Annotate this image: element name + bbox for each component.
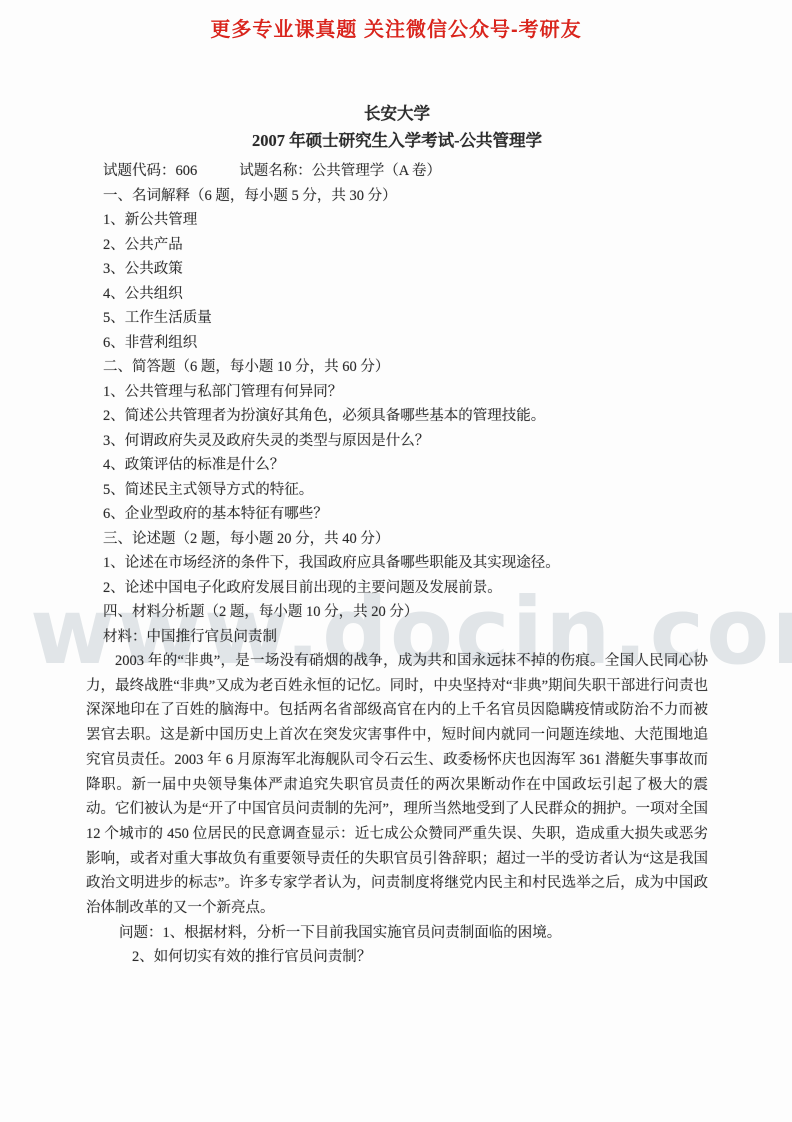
section2-item: 6、企业型政府的基本特征有哪些？ <box>86 502 708 527</box>
material-paragraph: 2003 年的“非典”，是一场没有硝烟的战争，成为共和国永远抹不掉的伤痕。全国人… <box>86 649 708 921</box>
section1-item: 5、工作生活质量 <box>86 306 708 331</box>
paper-name: 试题名称：公共管理学（A 卷） <box>239 163 441 179</box>
section3-item: 1、论述在市场经济的条件下，我国政府应具备哪些职能及其实现途径。 <box>86 551 708 576</box>
section1-item: 1、新公共管理 <box>86 208 708 233</box>
exam-title: 2007 年硕士研究生入学考试-公共管理学 <box>86 127 708 154</box>
section1-item: 4、公共组织 <box>86 282 708 307</box>
section1-item: 3、公共政策 <box>86 257 708 282</box>
material-question-1: 问题：1、根据材料，分析一下目前我国实施官员问责制面临的困境。 <box>86 921 708 946</box>
section2-heading: 二、简答题（6 题，每小题 10 分，共 60 分） <box>86 355 708 380</box>
exam-paper-page: 更多专业课真题 关注微信公众号-考研友 www.docin.com 长安大学 2… <box>0 0 792 1122</box>
section1-heading: 一、名词解释（6 题，每小题 5 分，共 30 分） <box>86 184 708 209</box>
paper-code: 试题代码：606 <box>103 163 197 179</box>
section2-item: 2、简述公共管理者为扮演好其角色，必须具备哪些基本的管理技能。 <box>86 404 708 429</box>
material-label: 材料：中国推行官员问责制 <box>86 625 708 650</box>
section1-item: 2、公共产品 <box>86 233 708 258</box>
material-question-2: 2、如何切实有效的推行官员问责制？ <box>86 945 708 970</box>
document-body: 长安大学 2007 年硕士研究生入学考试-公共管理学 试题代码：606试题名称：… <box>86 100 708 970</box>
university-title: 长安大学 <box>86 100 708 127</box>
section3-heading: 三、论述题（2 题，每小题 20 分，共 40 分） <box>86 527 708 552</box>
section2-item: 4、政策评估的标准是什么？ <box>86 453 708 478</box>
section4-heading: 四、材料分析题（2 题，每小题 10 分，共 20 分） <box>86 600 708 625</box>
paper-code-line: 试题代码：606试题名称：公共管理学（A 卷） <box>86 159 708 184</box>
section2-item: 5、简述民主式领导方式的特征。 <box>86 478 708 503</box>
promo-banner-text: 更多专业课真题 关注微信公众号-考研友 <box>0 13 792 42</box>
section1-item: 6、非营利组织 <box>86 331 708 356</box>
section3-item: 2、论述中国电子化政府发展目前出现的主要问题及发展前景。 <box>86 576 708 601</box>
section2-item: 1、公共管理与私部门管理有何异同？ <box>86 380 708 405</box>
section2-item: 3、何谓政府失灵及政府失灵的类型与原因是什么？ <box>86 429 708 454</box>
